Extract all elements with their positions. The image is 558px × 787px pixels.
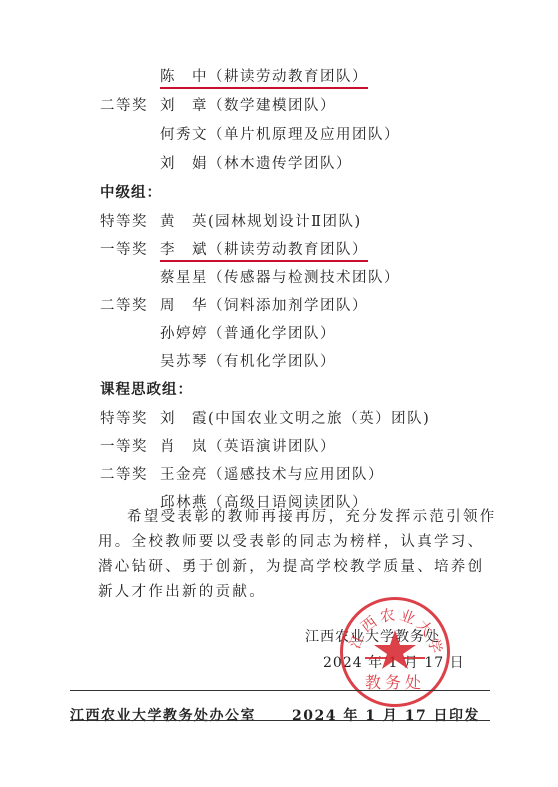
footer-top-rule	[70, 690, 490, 691]
team-name: (园林规划设计Ⅱ团队)	[208, 214, 362, 230]
recipient-name: 黄 英	[160, 214, 208, 230]
team-name: （耕读劳动教育团队）	[208, 242, 368, 258]
team-name: （林木遗传学团队）	[208, 156, 352, 172]
award-entry: 刘 章（数学建模团队）	[160, 94, 336, 115]
footer-issuer: 江西农业大学教务处办公室	[70, 705, 256, 725]
award-entry: 肖 岚（英语演讲团队）	[160, 435, 336, 456]
recipient-name: 吴苏琴	[160, 354, 208, 370]
closing-paragraph: 希望受表彰的教师再接再厉，充分发挥示范引领作用。全校教师要以受表彰的同志为榜样，…	[98, 505, 498, 605]
recipient-name: 孙婷婷	[160, 326, 208, 342]
award-entry: 蔡星星（传感器与检测技术团队）	[160, 266, 400, 287]
recipient-name: 蔡星星	[160, 270, 208, 286]
signature-organization: 江西农业大学教务处	[305, 626, 440, 646]
award-entry-highlighted: 李 斌（耕读劳动教育团队）	[160, 238, 368, 262]
team-name: （传感器与检测技术团队）	[208, 270, 400, 286]
recipient-name: 刘 章	[160, 98, 208, 114]
team-name: （单片机原理及应用团队）	[208, 127, 400, 143]
award-level: 特等奖	[100, 210, 148, 231]
award-entry: 王金亮（遥感技术与应用团队）	[160, 463, 384, 484]
team-name: （英语演讲团队）	[208, 439, 336, 455]
signature-date: 2024 年 1 月 17 日	[323, 652, 465, 672]
award-entry: 刘 娟（林木遗传学团队）	[160, 152, 352, 173]
award-entry: 黄 英(园林规划设计Ⅱ团队)	[160, 210, 362, 231]
award-entry: 刘 霞(中国农业文明之旅（英）团队)	[160, 407, 430, 428]
team-name: （普通化学团队）	[208, 326, 336, 342]
award-level: 特等奖	[100, 407, 148, 428]
recipient-name: 刘 霞	[160, 411, 208, 427]
recipient-name: 周 华	[160, 298, 208, 314]
footer-issue-date: 2024 年 1 月 17 日印发	[292, 705, 480, 725]
footer-bottom-rule	[70, 720, 490, 721]
recipient-name: 刘 娟	[160, 156, 208, 172]
award-entry: 吴苏琴（有机化学团队）	[160, 350, 336, 371]
award-entry: 孙婷婷（普通化学团队）	[160, 322, 336, 343]
team-name: (中国农业文明之旅（英）团队)	[208, 411, 430, 427]
section-heading: 课程思政组：	[100, 378, 193, 399]
recipient-name: 李 斌	[160, 242, 208, 258]
award-entry-highlighted: 陈 中（耕读劳动教育团队）	[160, 65, 368, 89]
team-name: （遥感技术与应用团队）	[208, 467, 384, 483]
team-name: （耕读劳动教育团队）	[208, 69, 368, 85]
award-level: 二等奖	[100, 463, 148, 484]
award-level: 一等奖	[100, 238, 148, 259]
recipient-name: 陈 中	[160, 69, 208, 85]
award-entry: 何秀文（单片机原理及应用团队）	[160, 123, 400, 144]
team-name: （有机化学团队）	[208, 354, 336, 370]
award-entry: 周 华（饲料添加剂学团队）	[160, 294, 368, 315]
team-name: （饲料添加剂学团队）	[208, 298, 368, 314]
recipient-name: 王金亮	[160, 467, 208, 483]
award-level: 二等奖	[100, 94, 148, 115]
award-level: 二等奖	[100, 294, 148, 315]
recipient-name: 何秀文	[160, 127, 208, 143]
section-heading: 中级组：	[100, 181, 162, 202]
team-name: （数学建模团队）	[208, 98, 336, 114]
recipient-name: 肖 岚	[160, 439, 208, 455]
award-level: 一等奖	[100, 435, 148, 456]
